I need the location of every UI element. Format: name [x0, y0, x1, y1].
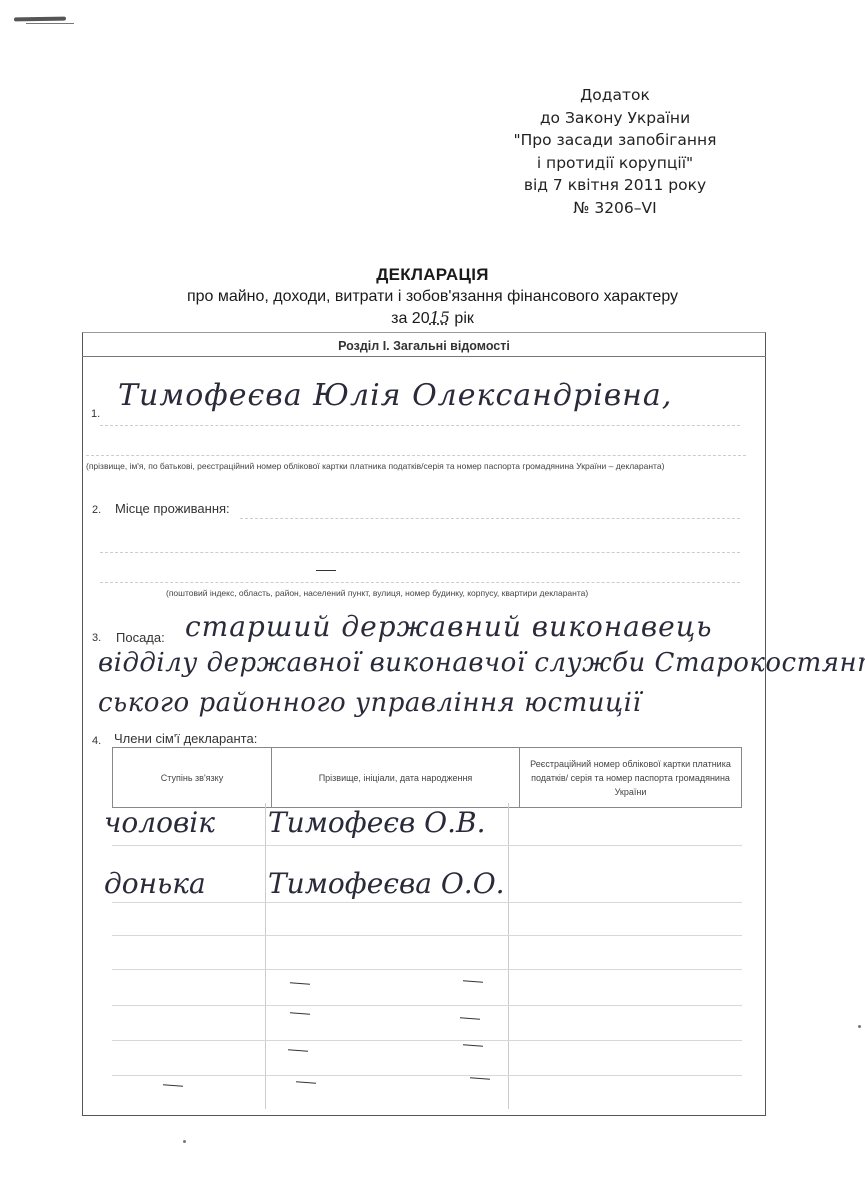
family-relation[interactable]: чоловік [104, 806, 215, 839]
item-number: 4. [92, 735, 101, 747]
row-divider [112, 969, 742, 970]
section-title: Розділ І. Загальні відомості [82, 334, 766, 357]
scan-artifact [26, 23, 74, 24]
appendix-line: Додаток [470, 84, 760, 107]
line-rule [86, 455, 746, 456]
appendix-line: "Про засади запобігання [470, 129, 760, 152]
family-name[interactable]: Тимофеєв О.В. [268, 806, 485, 839]
row-divider [112, 1040, 742, 1041]
declarant-name-field[interactable]: Тимофеєва Юлія Олександрівна, [118, 378, 672, 413]
column-divider [508, 803, 509, 1109]
residence-label: Місце проживання: [115, 501, 230, 516]
col-header-name: Прізвище, ініціали, дата народження [272, 748, 520, 808]
position-label: Посада: [116, 630, 165, 645]
position-value-line[interactable]: відділу державної виконавчої служби Стар… [98, 648, 865, 678]
row-divider [112, 1075, 742, 1076]
scan-speck [183, 1140, 186, 1143]
appendix-line: і протидії корупції" [470, 152, 760, 175]
col-header-id: Реєстраційний номер облікової картки пла… [520, 748, 742, 808]
year-handwritten: 15 [430, 308, 450, 327]
scan-artifact [14, 17, 66, 22]
line-rule [100, 582, 740, 583]
scan-speck [858, 1025, 861, 1028]
document-title: ДЕКЛАРАЦІЯ [0, 265, 865, 285]
form-frame [82, 332, 766, 1116]
family-label: Члени сім'ї декларанта: [114, 731, 257, 746]
position-value-line[interactable]: ського районного управління юстиції [98, 688, 641, 718]
row-divider [112, 1005, 742, 1006]
declarant-hint: (прізвище, ім'я, по батькові, реєстрацій… [86, 461, 664, 471]
year-suffix: рік [454, 310, 473, 327]
declaration-year: за 2015 рік [0, 308, 865, 328]
family-relation[interactable]: донька [104, 867, 206, 900]
line-rule [240, 518, 740, 519]
item-number: 2. [92, 504, 101, 516]
column-divider [265, 803, 266, 1109]
line-rule [100, 425, 740, 426]
blank-dash [316, 570, 336, 571]
row-divider [112, 845, 742, 846]
line-rule [100, 552, 740, 553]
year-prefix: за 20 [391, 310, 429, 327]
item-number: 1. [91, 408, 100, 420]
document-subtitle: про майно, доходи, витрати і зобов'язанн… [0, 288, 865, 306]
item-number: 3. [92, 632, 101, 644]
family-name[interactable]: Тимофеєва О.О. [268, 867, 505, 900]
family-table: Ступінь зв'язку Прізвище, ініціали, дата… [112, 747, 742, 808]
appendix-line: № 3206–VI [470, 197, 760, 220]
row-divider [112, 935, 742, 936]
col-header-relation: Ступінь зв'язку [113, 748, 272, 808]
row-divider [112, 902, 742, 903]
appendix-line: до Закону України [470, 107, 760, 130]
position-value-line[interactable]: старший державний виконавець [185, 610, 713, 643]
appendix-line: від 7 квітня 2011 року [470, 174, 760, 197]
residence-hint: (поштовий індекс, область, район, населе… [166, 588, 588, 598]
appendix-note: Додаток до Закону України "Про засади за… [470, 84, 760, 219]
